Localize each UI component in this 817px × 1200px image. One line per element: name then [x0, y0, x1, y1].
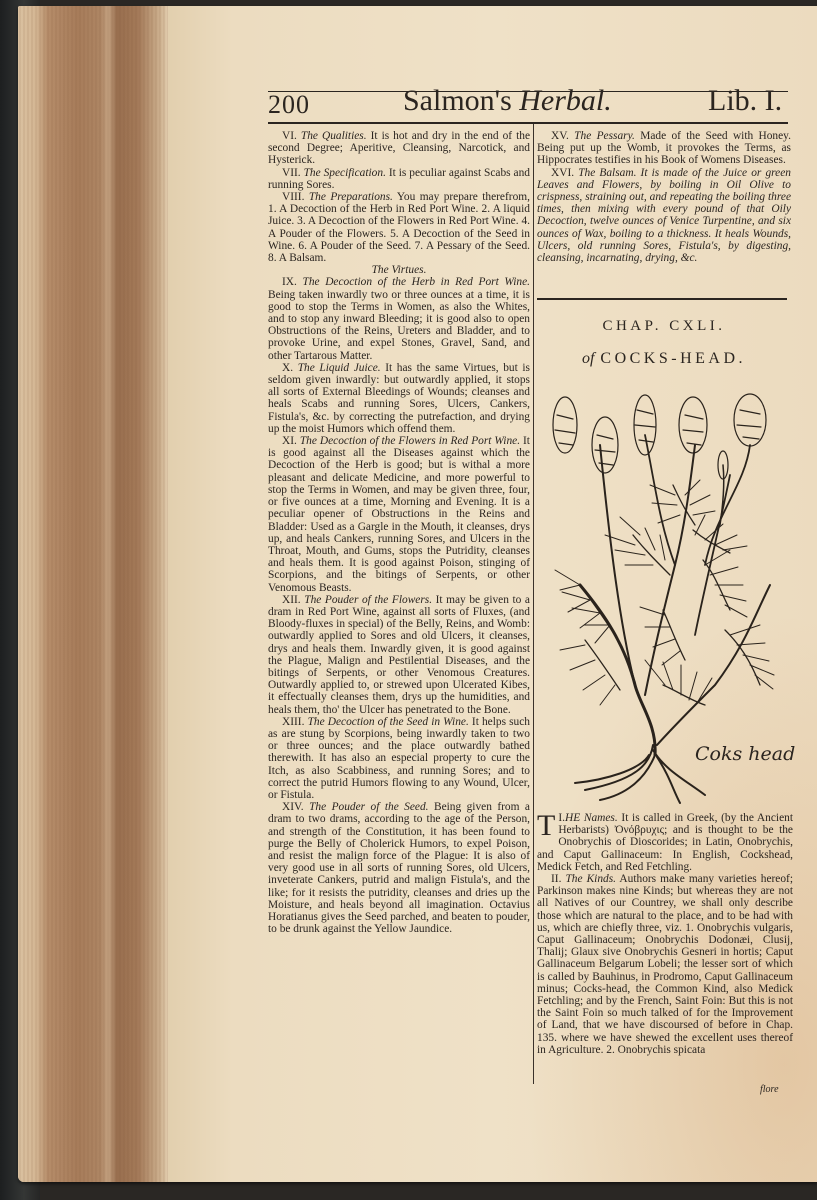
paragraph-virtue-xii: XII. The Pouder of the Flowers. It may b… [268, 594, 530, 716]
left-column: VI. The Qualities. It is hot and dry in … [268, 130, 530, 935]
book-number: Lib. I. [708, 84, 782, 118]
paragraph-balsam: XVI. The Balsam. It is made of the Juice… [537, 167, 791, 265]
paragraph-qualities: VI. The Qualities. It is hot and dry in … [268, 130, 530, 167]
column-divider [533, 124, 534, 1084]
chapter-number: CHAP. CXLI. [537, 318, 791, 335]
page-number: 200 [268, 90, 310, 120]
illustration-caption: Coks head [695, 743, 795, 765]
running-title-work: Herbal. [519, 84, 612, 117]
chapter-title: ofCOCKS-HEAD. [537, 350, 791, 368]
chapter-rule [537, 298, 787, 300]
paragraph-kinds: II. The Kinds. Authors make many varieti… [537, 873, 793, 1056]
catchword: flore [760, 1084, 779, 1095]
header-bottom-rule [268, 122, 788, 124]
running-title-author: Salmon's [403, 84, 512, 117]
right-column-bottom: I.THE Names. It is called in Greek, (by … [537, 812, 793, 1056]
paragraph-specification: VII. The Specification. It is peculiar a… [268, 167, 530, 191]
drop-cap: T [537, 814, 555, 838]
cocks-head-plant-woodcut [545, 385, 790, 805]
page-edges [18, 6, 168, 1182]
paragraph-names: I.THE Names. It is called in Greek, (by … [537, 812, 793, 873]
paragraph-pessary: XV. The Pessary. Made of the Seed with H… [537, 130, 791, 167]
paragraph-virtue-ix: IX. The Decoction of the Herb in Red Por… [268, 276, 530, 361]
running-title: Salmon's Herbal. [403, 84, 612, 118]
paragraph-virtue-xiv: XIV. The Pouder of the Seed. Being given… [268, 801, 530, 935]
paragraph-preparations: VIII. The Preparations. You may prepare … [268, 191, 530, 264]
right-column-top: XV. The Pessary. Made of the Seed with H… [537, 130, 791, 264]
paragraph-virtue-x: X. The Liquid Juice. It has the same Vir… [268, 362, 530, 435]
paragraph-virtue-xiii: XIII. The Decoction of the Seed in Wine.… [268, 716, 530, 801]
section-heading-virtues: The Virtues. [268, 264, 530, 276]
paragraph-virtue-xi: XI. The Decoction of the Flowers in Red … [268, 435, 530, 594]
